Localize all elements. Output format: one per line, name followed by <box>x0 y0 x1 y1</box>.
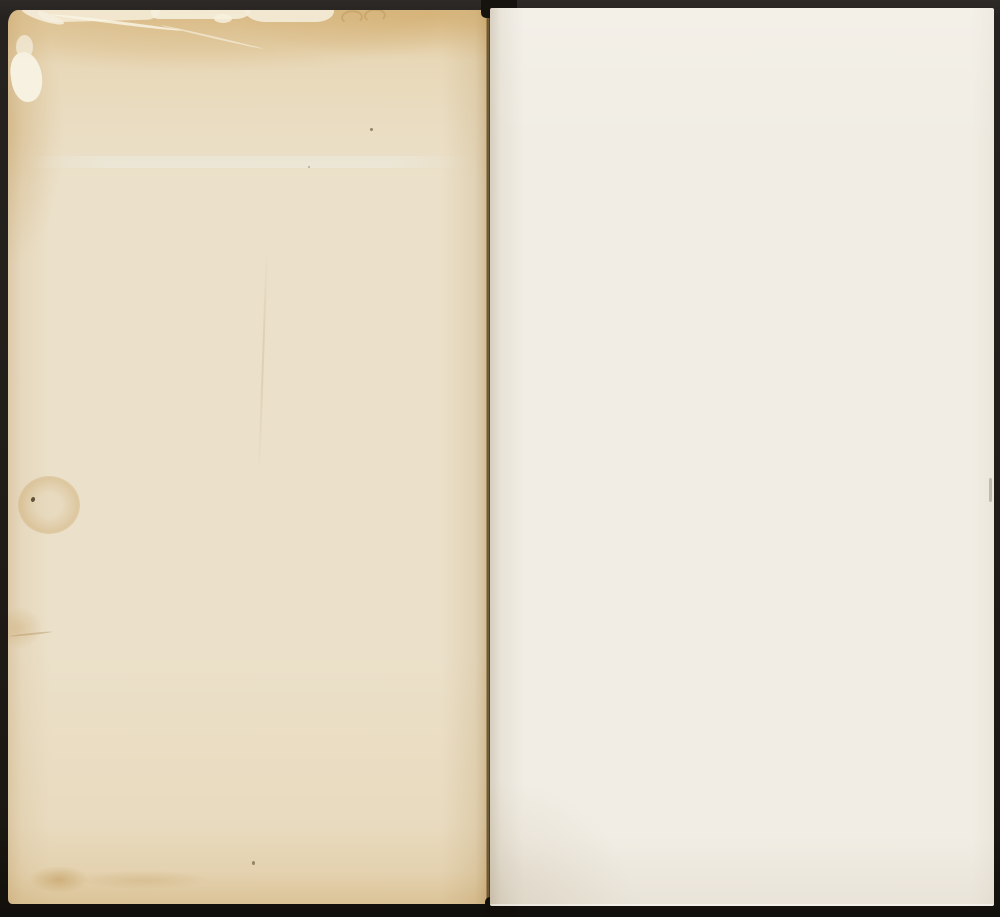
top-edge-tear-chip <box>214 14 232 23</box>
right-blank-page <box>490 8 994 906</box>
scan-background <box>0 0 1000 917</box>
top-edge-tear-chip <box>151 10 251 19</box>
fore-edge-mark <box>989 478 992 502</box>
left-edge-stain <box>8 608 42 648</box>
paper-speck <box>370 128 373 131</box>
faint-horizontal-band <box>26 156 470 168</box>
left-blank-page <box>8 10 489 904</box>
glue-tear-patch <box>16 35 33 59</box>
page-bottom-edge-highlight <box>490 904 994 906</box>
circular-foxing-stain <box>18 476 80 534</box>
top-edge-tear-chip <box>244 10 334 22</box>
paper-speck <box>308 166 310 168</box>
bottom-stain-smear <box>80 871 206 889</box>
paper-crease-line <box>161 24 263 49</box>
vertical-crease <box>258 248 268 472</box>
faint-pencil-scribble <box>340 10 399 28</box>
paper-speck <box>252 861 255 865</box>
